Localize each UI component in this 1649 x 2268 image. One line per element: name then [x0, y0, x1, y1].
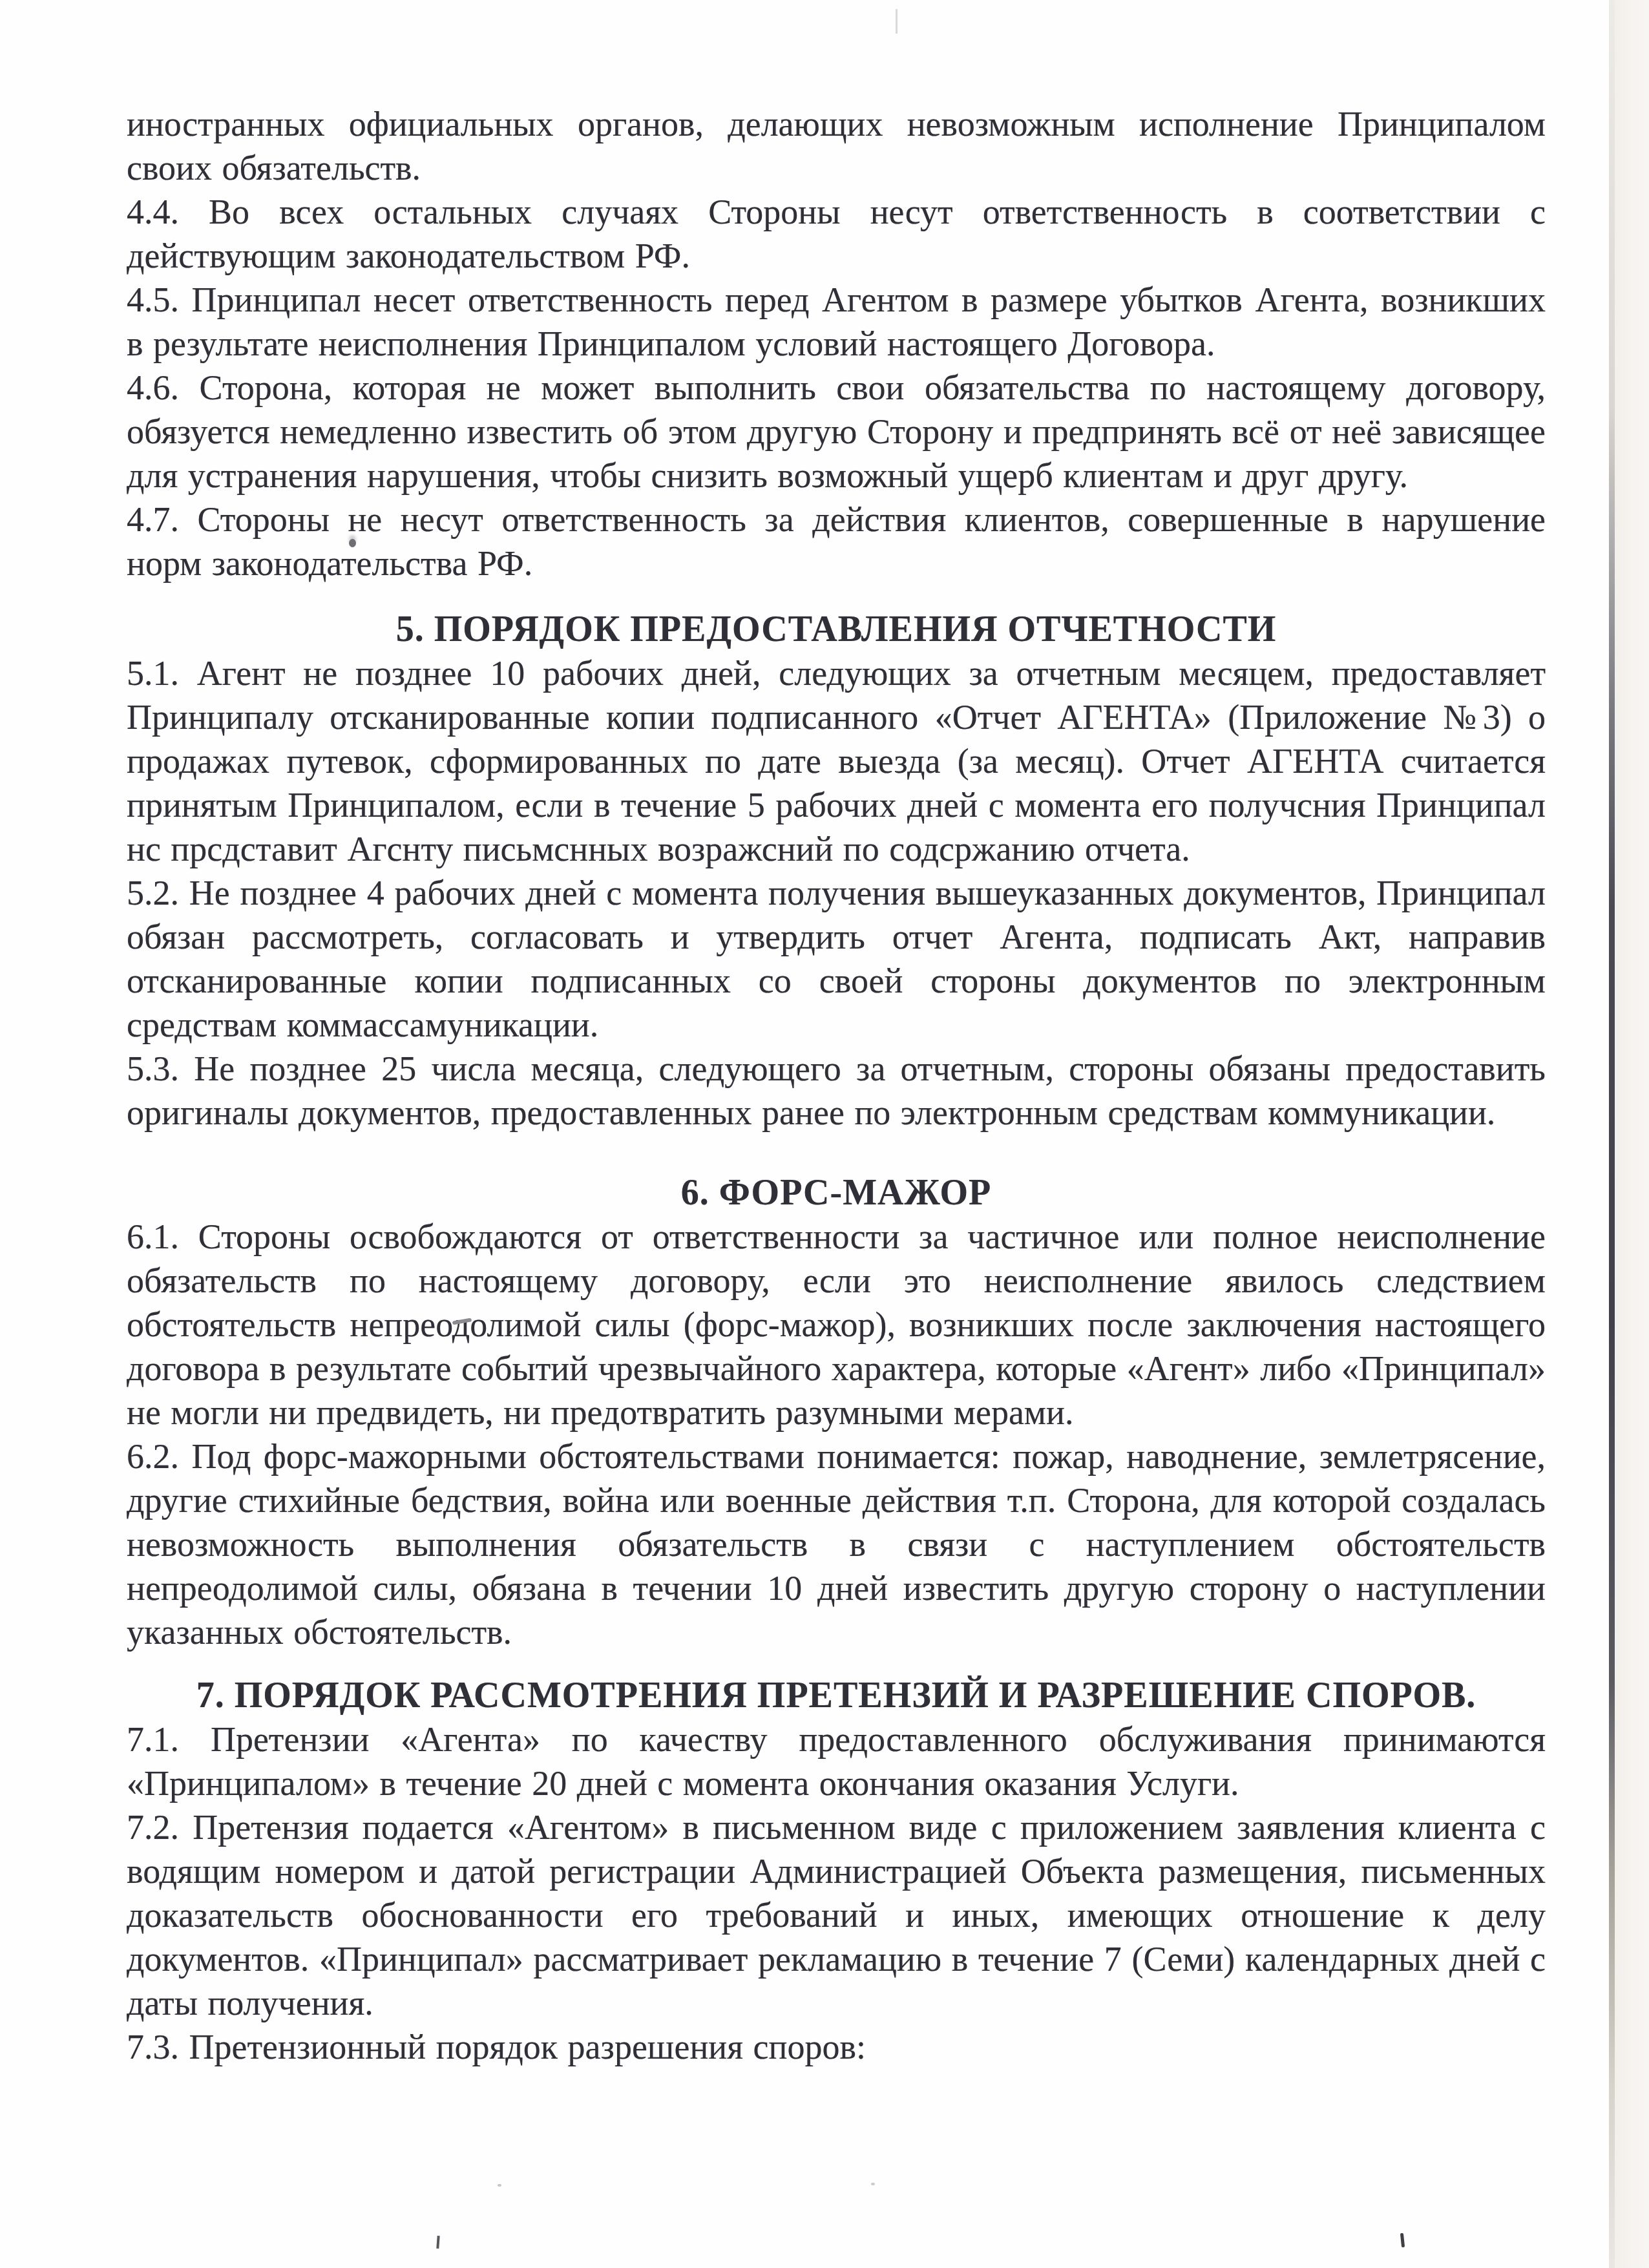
clause-5-2: 5.2. Не позднее 4 рабочих дней с момента…	[127, 871, 1546, 1047]
clause-4-6: 4.6. Сторона, которая не может выполнить…	[127, 366, 1546, 498]
section-5-heading: 5. ПОРЯДОК ПРЕДОСТАВЛЕНИЯ ОТЧЕТНОСТИ	[127, 607, 1546, 651]
section-7-heading: 7. ПОРЯДОК РАССМОТРЕНИЯ ПРЕТЕНЗИЙ И РАЗР…	[127, 1674, 1546, 1717]
clause-7-3: 7.3. Претензионный порядок разрешения сп…	[127, 2025, 1546, 2069]
clause-4-5: 4.5. Принципал несет ответственность пер…	[127, 278, 1546, 366]
scan-speck-bottom-right	[1400, 2233, 1405, 2247]
clause-5-3: 5.3. Не позднее 25 числа месяца, следующ…	[127, 1047, 1546, 1135]
scan-dot-bottom-a	[498, 2184, 501, 2187]
paragraph-continuation: иностранных официальных органов, делающи…	[127, 102, 1546, 190]
clause-6-1: 6.1. Стороны освобождаются от ответствен…	[127, 1215, 1546, 1434]
scan-page-edge-band	[1614, 0, 1649, 2268]
scan-dot-bottom-b	[871, 2183, 875, 2185]
scanned-contract-page: иностранных официальных органов, делающи…	[0, 0, 1649, 2268]
document-text-column: иностранных официальных органов, делающи…	[127, 102, 1546, 2069]
clause-5-1: 5.1. Агент не позднее 10 рабочих дней, с…	[127, 651, 1546, 871]
scan-speck-above-clause-4-7	[349, 539, 356, 547]
scan-speck-top-center	[896, 9, 898, 34]
clause-7-1: 7.1. Претензии «Агента» по качеству пред…	[127, 1717, 1546, 1805]
clause-4-4: 4.4. Во всех остальных случаях Стороны н…	[127, 190, 1546, 278]
clause-4-7: 4.7. Стороны не несут ответственность за…	[127, 498, 1546, 585]
section-6-heading: 6. ФОРС-МАЖОР	[127, 1171, 1546, 1215]
scan-speck-bottom-left	[436, 2236, 439, 2249]
scan-page-edge-line	[1609, 0, 1615, 2268]
clause-6-2: 6.2. Под форс-мажорными обстоятельствами…	[127, 1434, 1546, 1654]
clause-7-2: 7.2. Претензия подается «Агентом» в пись…	[127, 1805, 1546, 2025]
